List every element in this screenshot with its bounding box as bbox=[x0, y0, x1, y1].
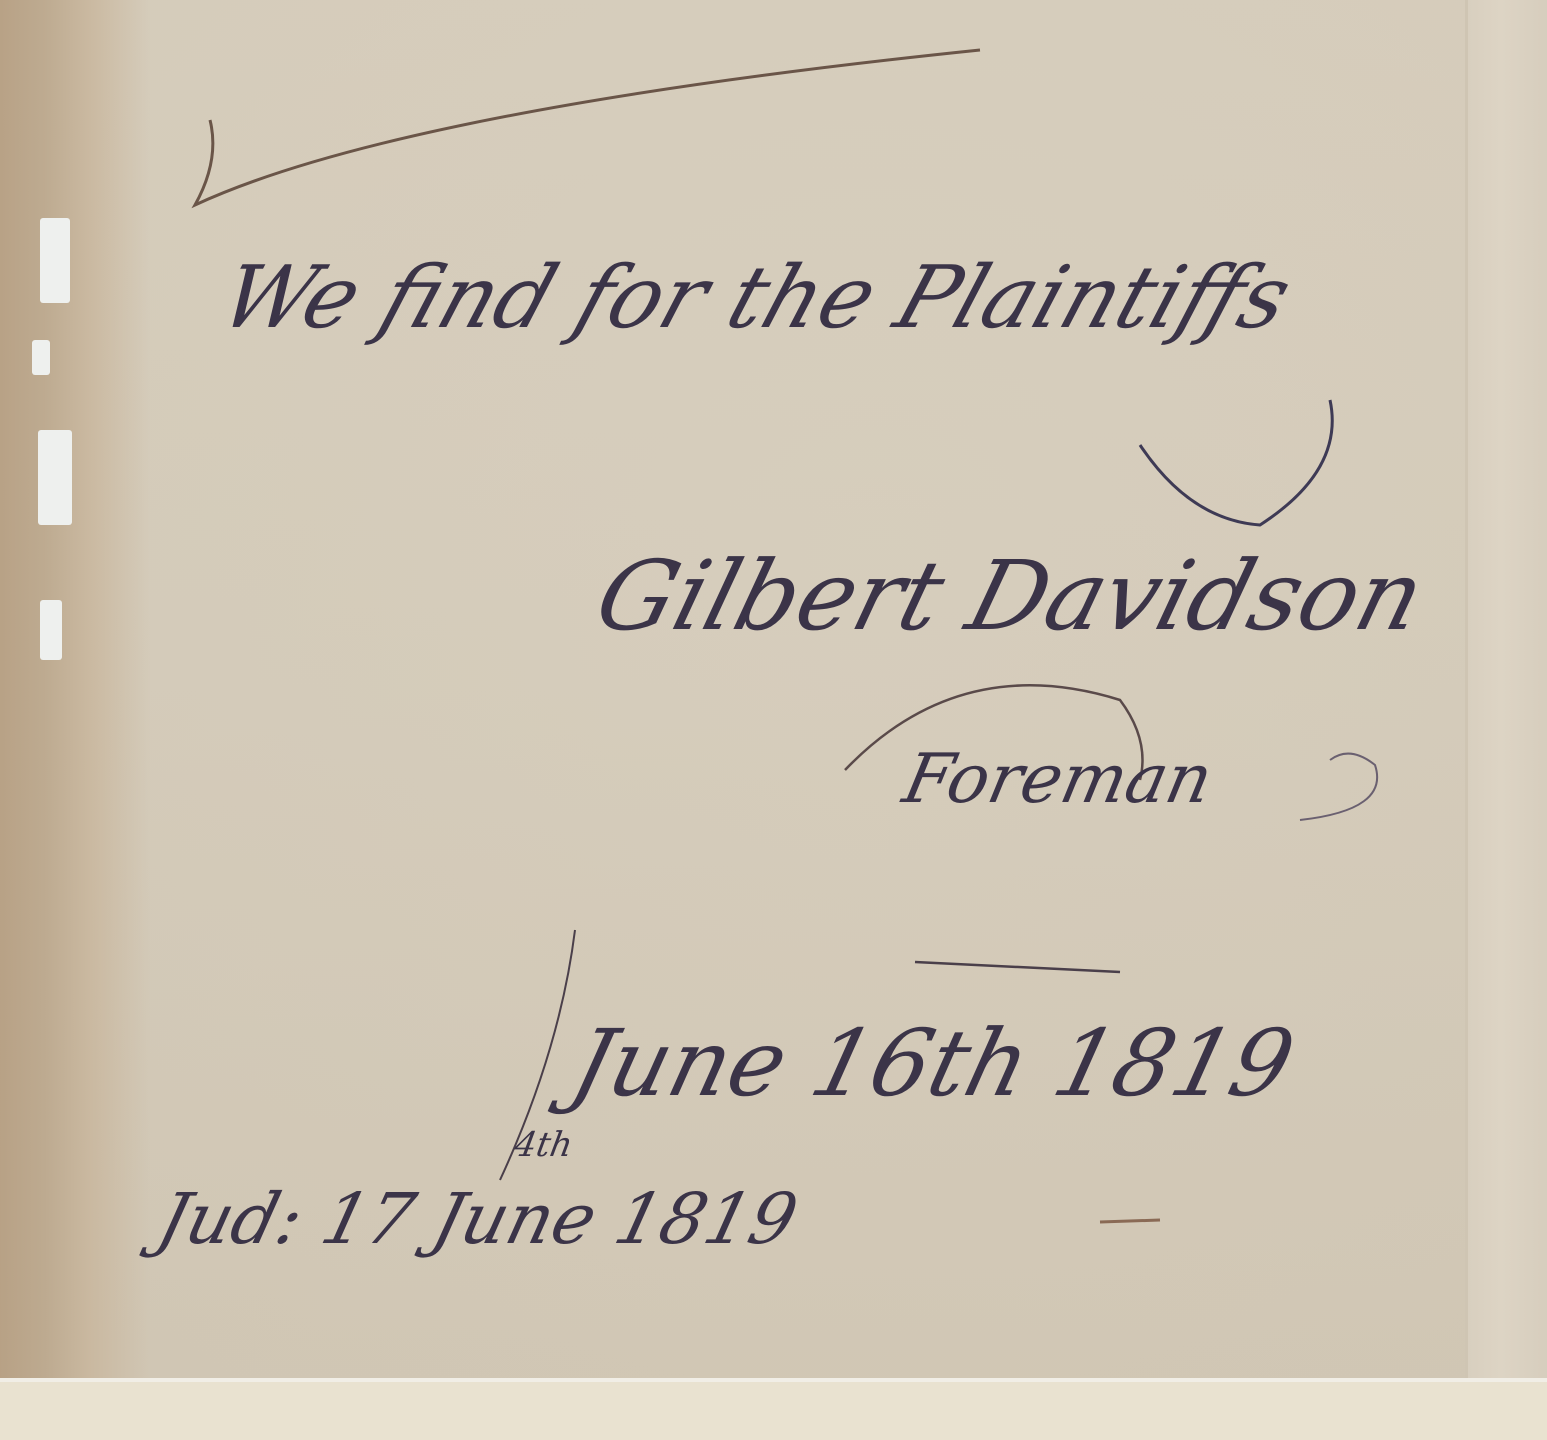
mount-board-right bbox=[1465, 0, 1547, 1378]
endorsement-superscript: 4th bbox=[511, 1125, 575, 1165]
mount-board-bottom bbox=[0, 1378, 1547, 1440]
foreman-title: Foreman bbox=[897, 740, 1220, 819]
foreman-signature: Gilbert Davidson bbox=[585, 540, 1436, 652]
stained-left-edge bbox=[0, 0, 150, 1378]
paper-tear bbox=[38, 430, 72, 525]
judgment-endorsement: Jud: 17 June 1819 bbox=[150, 1178, 806, 1260]
pen-flourishes-icon bbox=[0, 0, 1465, 1378]
paper-tear bbox=[40, 218, 70, 303]
verdict-text: We find for the Plaintiffs bbox=[209, 248, 1303, 348]
paper-tear bbox=[40, 600, 62, 660]
verdict-date: June 16th 1819 bbox=[562, 1010, 1304, 1117]
document-paper: We find for the Plaintiffs Gilbert David… bbox=[0, 0, 1465, 1378]
paper-tear bbox=[32, 340, 50, 375]
